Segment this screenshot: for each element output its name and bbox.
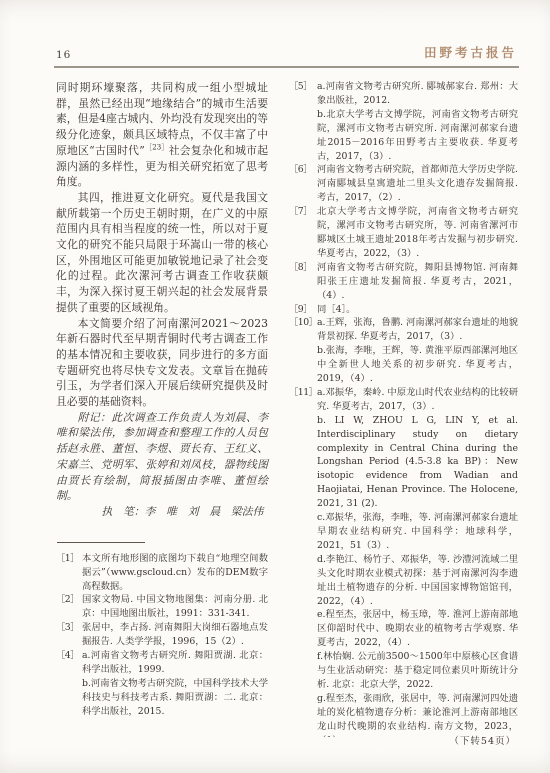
reference-number: ［5］	[289, 80, 317, 163]
main-columns: 同时期环壕聚落，共同构成一组小型城址群，虽然已经出现“地缘结合”的城市生活要素，…	[56, 80, 518, 737]
reference-number: ［10］	[289, 316, 317, 386]
reference-text: 同［4］。	[317, 303, 518, 317]
page-number: 16	[56, 49, 71, 61]
journal-title: 田野考古报告	[424, 43, 517, 61]
body-paragraph: 其四，推进夏文化研究。夏代是我国文献所载第一个历史王朝时期，在广义的中原范围内具…	[56, 190, 268, 316]
header-rule	[54, 66, 519, 68]
reference-item: ［8］ 河南省文物考古研究院，舞阳县博物馆. 河南舞阳张王庄遗址发掘简报. 华夏…	[289, 261, 518, 303]
footnote-number: ［3］	[56, 621, 82, 649]
reference-number: ［9］	[289, 303, 317, 317]
reference-item: ［7］ 北京大学考古文博学院，河南省文物考古研究院，漯河市文物考古研究所，等. …	[289, 205, 518, 261]
body-paragraph-continuation: 同时期环壕聚落，共同构成一组小型城址群，虽然已经出现“地缘结合”的城市生活要素，…	[56, 80, 268, 190]
reference-text: 河南省文物考古研究院，首都师范大学历史学院. 河南郾城县皇寓遗址二里头文化遗存发…	[317, 163, 518, 205]
footnote-text: 国家文物局. 中国文物地图集：河南分册. 北京：中国地图出版社，1991：331…	[82, 593, 268, 621]
right-column: ［5］ a.河南省文物考古研究所. 郾城郝家台. 郑州：大象出版社，2012. …	[289, 80, 518, 737]
footnote-item: ［2］ 国家文物局. 中国文物地图集：河南分册. 北京：中国地图出版社，1991…	[56, 593, 268, 621]
reference-item: ［9］ 同［4］。	[289, 303, 518, 317]
postscript-paragraph: 附记：此次调查工作负责人为刘晨、李唯和梁法伟，参加调查和整理工作的人员包括赵永胜…	[56, 410, 268, 504]
reference-item: ［11］ a.邓振华，秦岭. 中原龙山时代农业结构的比较研究. 华夏考古，201…	[289, 386, 518, 737]
footnotes: ［1］ 本文所有地形图的底图均下载自“地理空间数据云”（www.gscloud.…	[56, 552, 268, 719]
reference-item: ［5］ a.河南省文物考古研究所. 郾城郝家台. 郑州：大象出版社，2012. …	[289, 80, 518, 163]
reference-text: 河南省文物考古研究院，舞阳县博物馆. 河南舞阳张王庄遗址发掘简报. 华夏考古，2…	[317, 261, 518, 303]
reference-number: ［8］	[289, 261, 317, 303]
footnote-number: ［1］	[56, 552, 82, 594]
references: ［5］ a.河南省文物考古研究所. 郾城郝家台. 郑州：大象出版社，2012. …	[289, 80, 518, 737]
continuation-note: （下转54页）	[449, 733, 516, 747]
footnote-number: ［2］	[56, 593, 82, 621]
byline: 执 笔：李 唯 刘 晨 梁法伟	[56, 504, 268, 520]
endnote-ref-mark: ［23］	[145, 143, 169, 151]
footnote-text: 张居中，李占扬. 河南舞阳大岗细石器地点发掘报告. 人类学学报，1996，15（…	[82, 621, 268, 649]
left-column: 同时期环壕聚落，共同构成一组小型城址群，虽然已经出现“地缘结合”的城市生活要素，…	[56, 80, 268, 737]
reference-text: a.河南省文物考古研究所. 郾城郝家台. 郑州：大象出版社，2012. b.北京…	[317, 80, 518, 163]
footnote-text: 本文所有地形图的底图均下载自“地理空间数据云”（www.gscloud.cn）发…	[82, 552, 268, 594]
reference-item: ［10］ a.王辉，张海，鲁鹏. 河南漯河郝家台遗址的地貌背景初探. 华夏考古，…	[289, 316, 518, 386]
journal-page: 16 田野考古报告 同时期环壕聚落，共同构成一组小型城址群，虽然已经出现“地缘结…	[0, 0, 550, 773]
reference-text: 北京大学考古文博学院，河南省文物考古研究院，漯河市文物考古研究所，等. 河南省漯…	[317, 205, 518, 261]
reference-number: ［6］	[289, 163, 317, 205]
reference-text: a.邓振华，秦岭. 中原龙山时代农业结构的比较研究. 华夏考古，2017，（3）…	[317, 386, 518, 737]
footnote-text: a.河南省文物考古研究所. 舞阳贾湖. 北京：科学出版社，1999. b.河南省…	[82, 649, 268, 719]
reference-number: ［11］	[289, 386, 317, 737]
page-header: 16 田野考古报告	[56, 43, 517, 61]
reference-text: a.王辉，张海，鲁鹏. 河南漯河郝家台遗址的地貌背景初探. 华夏考古，2017，…	[317, 316, 518, 386]
reference-item: ［6］ 河南省文物考古研究院，首都师范大学历史学院. 河南郾城县皇寓遗址二里头文…	[289, 163, 518, 205]
footnote-item: ［3］ 张居中，李占扬. 河南舞阳大岗细石器地点发掘报告. 人类学学报，1996…	[56, 621, 268, 649]
footnote-item: ［1］ 本文所有地形图的底图均下载自“地理空间数据云”（www.gscloud.…	[56, 552, 268, 594]
footnote-number: ［4］	[56, 649, 82, 719]
reference-number: ［7］	[289, 205, 317, 261]
body-paragraph: 本文简要介绍了河南漯河2021～2023年新石器时代至早期青铜时代考古调查工作的…	[56, 316, 268, 410]
footnote-item: ［4］ a.河南省文物考古研究所. 舞阳贾湖. 北京：科学出版社，1999. b…	[56, 649, 268, 719]
footnote-separator	[57, 542, 145, 543]
